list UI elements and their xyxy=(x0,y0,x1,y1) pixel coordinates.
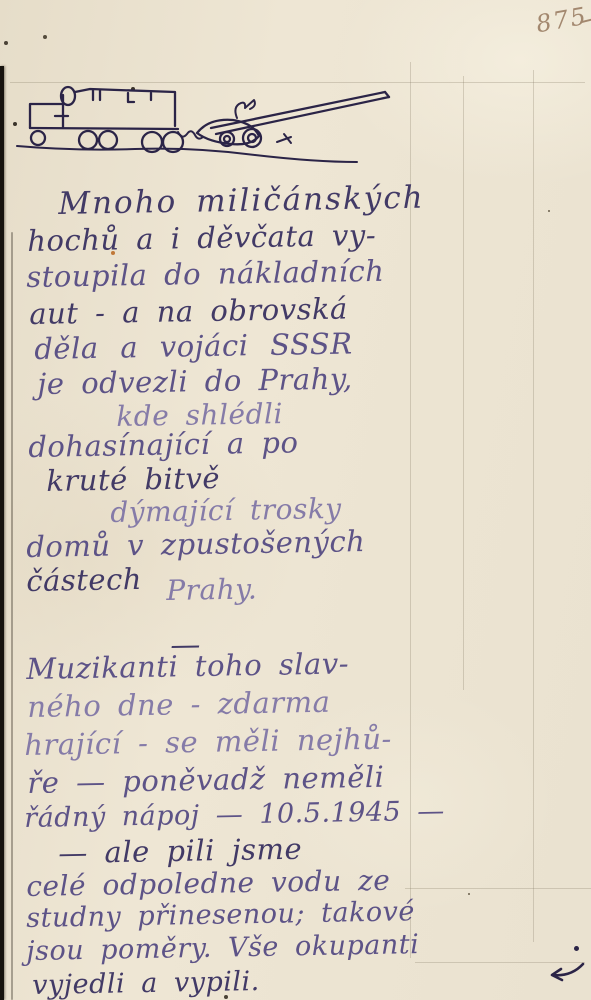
handwriting-line: Prahy. xyxy=(166,572,258,607)
handwriting-line: ného dne - zdarma xyxy=(27,685,331,724)
handwriting-line: kruté bitvě xyxy=(46,461,220,498)
handwriting-line: Muzikanti toho slav- xyxy=(26,646,349,686)
handwriting-line: dýmající trosky xyxy=(110,492,342,529)
handwriting-line: — ale pili jsme xyxy=(58,832,302,870)
handwriting-line: stoupila do nákladních xyxy=(26,254,385,294)
handwriting-line: ře — poněvadž neměli xyxy=(27,760,385,800)
check-flourish-icon xyxy=(545,960,587,986)
handwriting-line: vyjedli a vypili. xyxy=(32,966,260,1000)
handwriting-line: jsou poměry. Vše okupanti xyxy=(26,929,419,967)
notebook-page: 875 xyxy=(0,0,591,1000)
handwriting-line: domů v zpustošených xyxy=(26,524,366,564)
truck-cannon-drawing-icon xyxy=(15,76,415,171)
handwriting-line: děla a vojáci SSSR xyxy=(34,326,353,366)
handwriting-line: je odvezli do Prahy, xyxy=(37,361,353,400)
handwriting-line: hrající - se měli nejhů- xyxy=(24,722,392,762)
handwriting-line: částech xyxy=(26,562,142,598)
page-edge-shadow xyxy=(0,66,4,1000)
page-edge-line xyxy=(11,232,13,1000)
handwriting-line: studny přinesenou; takové xyxy=(26,896,415,934)
pencil-guide-line xyxy=(463,76,464,690)
handwriting-line: aut - a na obrovská xyxy=(29,291,348,331)
pencil-guide-line xyxy=(533,70,534,942)
handwriting-line: dohasínající a po xyxy=(28,425,299,464)
handwriting-line: řádný nápoj — 10.5.1945 — xyxy=(24,796,445,834)
pencil-guide-line xyxy=(405,888,591,889)
ink-dot xyxy=(574,946,579,951)
paper-specks xyxy=(0,0,2,2)
handwriting-line: Mnoho miličánských xyxy=(58,180,425,222)
handwriting-line: hochů a i děvčata vy- xyxy=(27,218,376,258)
